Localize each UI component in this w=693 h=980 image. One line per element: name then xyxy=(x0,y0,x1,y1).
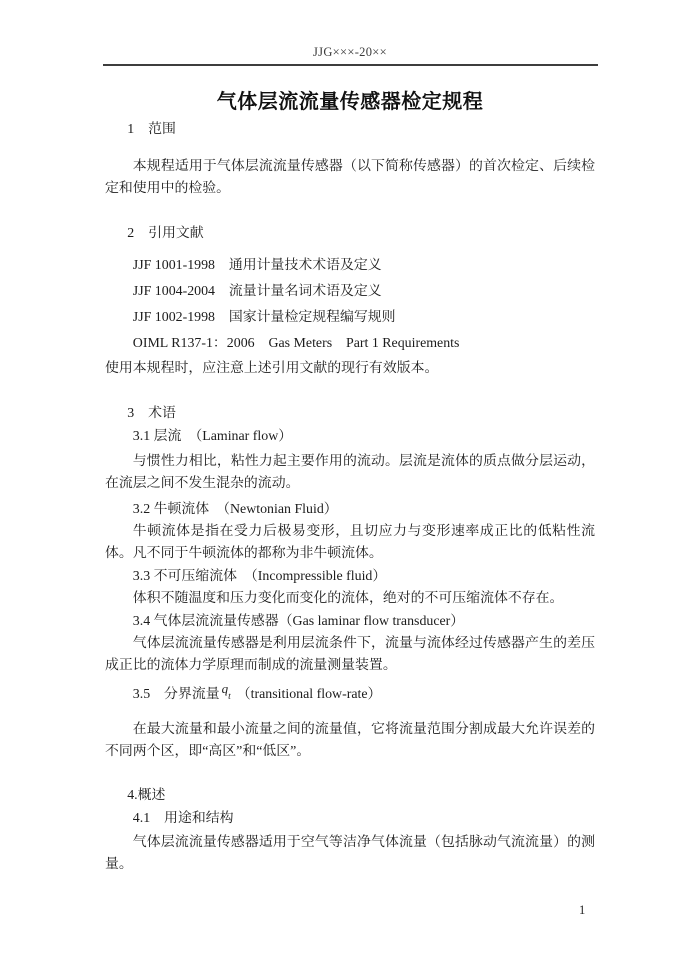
page-number: 1 xyxy=(579,902,585,918)
term-3-2-definition: 牛顿流体是指在受力后极易变形，且切应力与变形速率成正比的低粘性流体。凡不同于牛顿… xyxy=(105,521,595,565)
term-3-5-heading: 3.5 分界流量qt（transitional flow-rate） xyxy=(105,682,595,712)
document-title: 气体层流流量传感器检定规程 xyxy=(105,90,595,114)
section-3-heading: 3 术语 xyxy=(105,403,595,425)
reference-list: JJF 1001-1998 通用计量技术术语及定义 JJF 1004-2004 … xyxy=(105,253,595,357)
term-3-2-heading: 3.2 牛顿流体 （Newtonian Fluid） xyxy=(105,499,595,521)
flow-rate-symbol: qt xyxy=(222,681,231,696)
reference-item: JJF 1002-1998 国家计量检定规程编写规则 xyxy=(105,305,595,331)
section-1-paragraph: 本规程适用于气体层流流量传感器（以下简称传感器）的首次检定、后续检定和使用中的检… xyxy=(105,156,595,200)
section-2-note: 使用本规程时，应注意上述引用文献的现行有效版本。 xyxy=(105,358,595,380)
section-1-heading: 1 范围 xyxy=(105,119,595,141)
term-3-4-definition: 气体层流流量传感器是利用层流条件下，流量与流体经过传感器产生的差压成正比的流体力… xyxy=(105,633,595,677)
section-4-1-paragraph: 气体层流流量传感器适用于空气等洁净气体流量（包括脉动气流流量）的测量。 xyxy=(105,832,595,876)
term-3-5-label: 3.5 分界流量 xyxy=(133,687,220,702)
reference-item: JJF 1001-1998 通用计量技术术语及定义 xyxy=(105,253,595,279)
term-3-3-heading: 3.3 不可压缩流体 （Incompressible fluid） xyxy=(105,566,595,588)
document-page: JJG×××-20×× 气体层流流量传感器检定规程 1 范围 本规程适用于气体层… xyxy=(0,0,693,980)
term-3-3-definition: 体积不随温度和压力变化而变化的流体，绝对的不可压缩流体不存在。 xyxy=(105,588,595,610)
term-3-1-definition: 与惯性力相比，粘性力起主要作用的流动。层流是流体的质点做分层运动，在流层之间不发… xyxy=(105,451,595,495)
term-3-4-heading: 3.4 气体层流流量传感器（Gas laminar flow transduce… xyxy=(105,611,595,633)
term-3-5-english: （transitional flow-rate） xyxy=(237,687,382,702)
section-4-1-heading: 4.1 用途和结构 xyxy=(105,808,595,830)
running-header: JJG×××-20×× xyxy=(105,44,595,60)
section-4-heading: 4.概述 xyxy=(105,785,595,807)
term-3-5-definition: 在最大流量和最小流量之间的流量值，它将流量范围分割成最大允许误差的不同两个区，即… xyxy=(105,719,595,763)
reference-item: OIML R137-1：2006 Gas Meters Part 1 Requi… xyxy=(105,331,595,357)
term-3-1-heading: 3.1 层流 （Laminar flow） xyxy=(105,426,595,448)
section-2-heading: 2 引用文献 xyxy=(105,223,595,245)
reference-item: JJF 1004-2004 流量计量名词术语及定义 xyxy=(105,279,595,305)
header-rule xyxy=(103,64,598,66)
